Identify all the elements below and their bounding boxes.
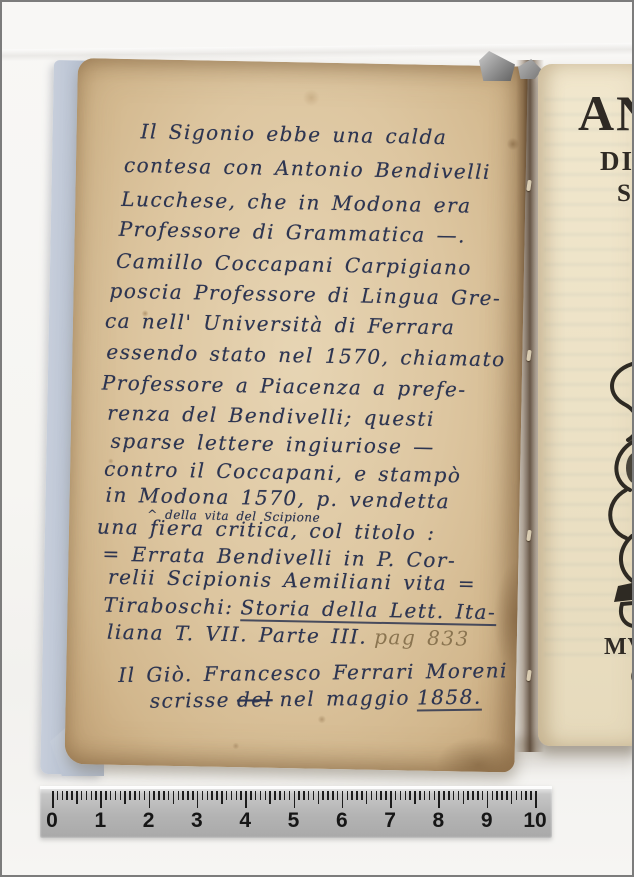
ruler-tick (501, 791, 503, 800)
ruler-tick (424, 791, 426, 800)
ruler-tick (371, 791, 373, 800)
ruler-tick (226, 791, 228, 800)
centimeter-ruler: 012345678910 (40, 786, 552, 838)
manuscript-line: ca nell' Università di Ferrara (105, 309, 456, 340)
ruler-tick (303, 791, 305, 800)
ruler-tick (516, 791, 518, 800)
ruler-number: 10 (523, 809, 546, 833)
ruler-tick (409, 791, 411, 800)
ruler-tick (289, 791, 291, 800)
manuscript-line: Camillo Coccapani Carpigiano (116, 249, 472, 280)
ruler-tick (448, 791, 450, 800)
ruler-tick (250, 791, 252, 800)
ruler-number: 8 (433, 809, 445, 833)
ruler-tick (351, 791, 353, 800)
ruler-tick (482, 791, 484, 800)
ruler-tick (347, 791, 349, 800)
ruler-tick (332, 791, 334, 800)
ruler-tick (366, 791, 368, 804)
ruler-tick (443, 791, 445, 800)
printed-imprint-fragment: MV (604, 634, 634, 661)
ruler-tick (453, 791, 455, 800)
ruler-tick (240, 791, 242, 800)
citation-author: Tiraboschi: (103, 593, 233, 619)
binding-stitch (526, 530, 531, 541)
ruler-tick (81, 791, 83, 800)
ruler-tick (207, 791, 209, 800)
ruler-number: 0 (46, 809, 58, 833)
ruler-tick (202, 791, 204, 800)
ruler-tick (192, 791, 194, 800)
ruler-tick (91, 791, 93, 800)
ruler-tick (390, 791, 392, 808)
ruler-tick (463, 791, 465, 804)
ruler-tick (66, 791, 68, 800)
printed-title-fragment: DI (600, 146, 634, 177)
ruler-number: 5 (288, 809, 300, 833)
digitized-book-photograph: Il Sigonio ebbe una calda contesa con An… (0, 0, 634, 877)
ruler-tick (376, 791, 378, 800)
citation-volume: liana T. VII. Parte III. (107, 620, 368, 649)
ruler-tick (318, 791, 320, 804)
ruler-tick (211, 791, 213, 800)
colophon-year-underlined: 1858. (417, 685, 482, 712)
manuscript-page: Il Sigonio ebbe una calda contesa con An… (64, 58, 527, 773)
ruler-tick (487, 791, 489, 808)
colophon-verb: scrisse (150, 688, 231, 713)
ruler-tick (535, 791, 537, 808)
ruler-tick (496, 791, 498, 800)
manuscript-citation-line: Tiraboschi:Storia della Lett. Ita- (103, 593, 496, 625)
ruler-tick (197, 791, 199, 808)
ruler-tick (506, 791, 508, 800)
ruler-tick (385, 791, 387, 800)
manuscript-line: poscia Professore di Lingua Gre- (109, 279, 501, 311)
ruler-tick (380, 791, 382, 800)
ruler-tick (57, 791, 59, 800)
manuscript-line: Professore di Grammatica —. (118, 217, 466, 248)
ruler-tick (279, 791, 281, 800)
citation-page-ref: pag 833 (374, 625, 470, 651)
ruler-tick (294, 791, 296, 808)
printed-imprint-fragment: C (630, 662, 634, 692)
ruler-tick (158, 791, 160, 800)
ruler-number: 9 (481, 809, 493, 833)
ruler-tick (62, 791, 64, 800)
manuscript-line: una fiera critica, col titolo : (97, 514, 436, 544)
ruler-tick (76, 791, 78, 804)
ruler-tick (139, 791, 141, 800)
printed-title-fragment: S (617, 180, 631, 208)
ruler-tick (284, 791, 286, 800)
ruler-tick (115, 791, 117, 800)
ruler-tick (236, 791, 238, 800)
ruler-tick (313, 791, 315, 800)
ruler-tick (521, 791, 523, 800)
ruler-tick (419, 791, 421, 800)
ruler-tick (216, 791, 218, 800)
ruler-tick (269, 791, 271, 804)
ruler-number: 2 (143, 809, 155, 833)
colophon-struck-word: del (237, 687, 273, 711)
ruler-tick (149, 791, 151, 808)
ruler-tick (153, 791, 155, 800)
ruler-tick (129, 791, 131, 800)
manuscript-line: sparse lettere ingiuriose — (110, 429, 435, 459)
ruler-tick (429, 791, 431, 800)
ruler-tick (274, 791, 276, 800)
ruler-tick (221, 791, 223, 804)
manuscript-line: essendo stato nel 1570, chiamato (106, 340, 506, 372)
ruler-number: 1 (94, 809, 106, 833)
ruler-tick (361, 791, 363, 800)
ruler-tick (308, 791, 310, 800)
printed-title-page: AN DI S MV C (538, 64, 634, 746)
ruler-tick (414, 791, 416, 804)
ruler-tick (467, 791, 469, 800)
ruler-number: 6 (336, 809, 348, 833)
ruler-tick (265, 791, 267, 800)
ruler-tick (530, 791, 532, 800)
ruler-tick (71, 791, 73, 800)
ruler-tick (400, 791, 402, 800)
ruler-tick (405, 791, 407, 800)
ruler-tick (260, 791, 262, 800)
ruler-tick (173, 791, 175, 804)
ruler-tick (298, 791, 300, 800)
manuscript-line: Professore a Piacenza a prefe- (102, 371, 467, 402)
ruler-tick (245, 791, 247, 808)
ruler-tick (472, 791, 474, 800)
colophon-month: nel maggio (279, 686, 410, 712)
ruler-number: 7 (384, 809, 396, 833)
ruler-tick (342, 791, 344, 808)
ruler-tick (163, 791, 165, 800)
ruler-tick (356, 791, 358, 800)
ruler-tick (182, 791, 184, 800)
ruler-tick (86, 791, 88, 800)
ruler-tick (100, 791, 102, 808)
manuscript-line: renza del Bendivelli; questi (107, 401, 435, 431)
ruler-tick (395, 791, 397, 800)
ruler-tick (458, 791, 460, 800)
ruler-tick (187, 791, 189, 800)
binding-stitch (526, 670, 531, 681)
ruler-tick (95, 791, 97, 800)
ruler-tick (52, 791, 54, 808)
ruler-tick (438, 791, 440, 808)
ruler-tick (511, 791, 513, 804)
ruler-tick (105, 791, 107, 800)
ruler-tick (178, 791, 180, 800)
manuscript-line: contesa con Antonio Bendivelli (124, 153, 491, 184)
manuscript-line: Lucchese, che in Modona era (121, 187, 472, 218)
binding-stitch (526, 350, 531, 361)
ruler-tick (134, 791, 136, 800)
ruler-tick (327, 791, 329, 800)
ruler-number: 3 (191, 809, 203, 833)
ruler-tick (231, 791, 233, 800)
citation-title-underlined: Storia della Lett. Ita- (240, 595, 496, 626)
ruler-tick (322, 791, 324, 800)
binding-stitch (526, 180, 531, 191)
ruler-tick (110, 791, 112, 800)
manuscript-line: Il Sigonio ebbe una calda (140, 119, 447, 149)
ruler-tick (492, 791, 494, 800)
printer-device-ornament (588, 358, 634, 634)
ruler-tick (477, 791, 479, 800)
ruler-tick (337, 791, 339, 800)
ruler-tick (255, 791, 257, 800)
ruler-tick (124, 791, 126, 804)
ruler-tick (168, 791, 170, 800)
ruler-tick (525, 791, 527, 800)
ruler-number: 4 (239, 809, 251, 833)
colophon-date-line: scrissedelnel maggio1858. (150, 685, 482, 713)
ruler-tick (144, 791, 146, 800)
ruler-tick (434, 791, 436, 800)
ruler-tick (120, 791, 122, 800)
printed-title-fragment: AN (578, 84, 634, 142)
colophon-author-line: Il Giò. Francesco Ferrari Moreni (118, 658, 508, 687)
